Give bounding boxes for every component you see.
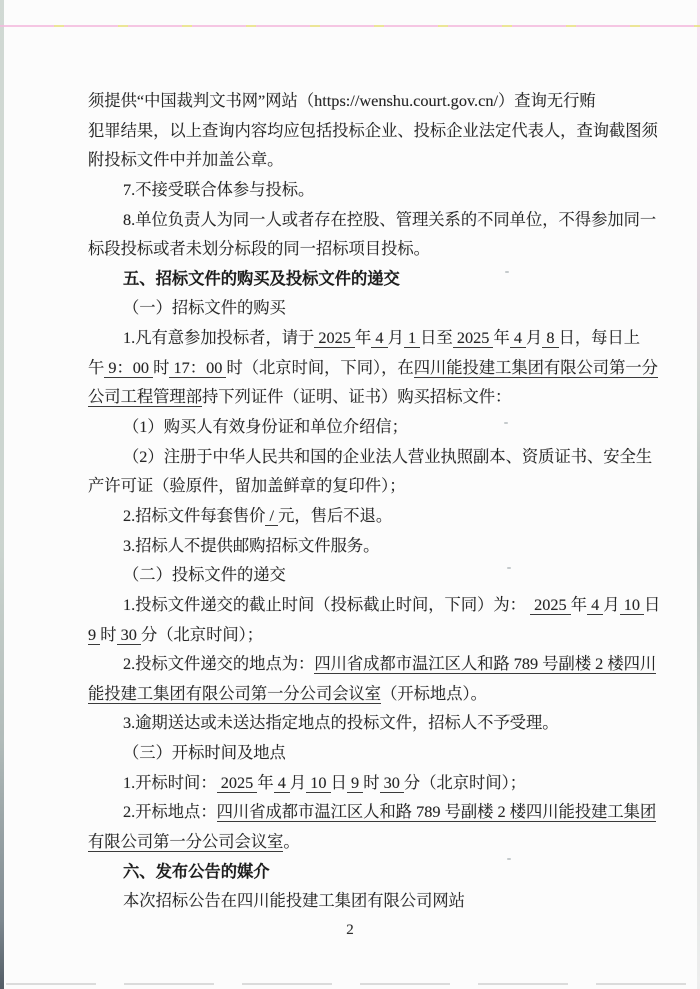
- scan-speck-artifact: [506, 714, 510, 716]
- text-segment: 分（北京时间）；: [141, 625, 263, 644]
- text-segment: 须提供“中国裁判文书网”网站（https://wenshu.court.gov.…: [88, 91, 596, 110]
- text-segment: 五、招标文件的购买及投标文件的递交: [123, 269, 400, 288]
- scan-edge-left-artifact: [0, 0, 4, 989]
- text-segment: 日至: [420, 328, 453, 347]
- text-segment: 本次招标公告在四川能投建工集团有限公司网站: [123, 891, 465, 910]
- text-line: 能投建工集团有限公司第一分公司会议室（开标地点）。: [88, 679, 648, 709]
- text-line: 1.投标文件递交的截止时间（投标截止时间，下同）为： 2025 年 4 月 10…: [88, 590, 648, 620]
- text-segment: （2）注册于中华人民共和国的企业法人营业执照副本、资质证书、安全生: [123, 447, 652, 466]
- text-line: 7.不接受联合体参与投标。: [88, 175, 648, 205]
- underlined-text-segment: /: [265, 506, 278, 526]
- text-segment: 7.不接受联合体参与投标。: [123, 180, 314, 199]
- underlined-text-segment: 9: [88, 625, 100, 645]
- text-line: 3.逾期送达或未送达指定地点的投标文件，招标人不予受理。: [88, 708, 648, 738]
- scan-speck-artifact: [505, 271, 509, 273]
- text-segment: 犯罪结果，以上查询内容均应包括投标企业、投标企业法定代表人，查询截图须: [88, 121, 658, 140]
- text-segment: 2.开标地点：: [123, 802, 217, 821]
- text-segment: 年: [257, 773, 273, 792]
- text-line: 有限公司第一分公司会议室。: [88, 827, 648, 857]
- scan-top-line-artifact: [0, 25, 700, 27]
- text-segment: 持下列证件（证明、证书）购买招标文件：: [202, 387, 511, 406]
- text-line: 1.开标时间： 2025 年 4 月 10 日 9 时 30 分（北京时间）；: [88, 768, 648, 798]
- text-segment: 2.投标文件递交的地点为：: [123, 654, 314, 673]
- text-segment: 时（北京时间，下同），在: [226, 358, 413, 377]
- text-segment: 元，售后不退。: [278, 506, 392, 525]
- text-segment: 时: [363, 773, 379, 792]
- text-segment: 2.招标文件每套售价: [123, 506, 265, 525]
- text-segment: 标段投标或者未划分标段的同一招标项目投标。: [88, 239, 430, 258]
- text-segment: 时: [100, 625, 116, 644]
- text-segment: 3.招标人不提供邮购招标文件服务。: [123, 536, 379, 555]
- page-number: 2: [0, 922, 700, 939]
- text-line: （1）购买人有效身份证和单位介绍信；: [88, 412, 648, 442]
- scan-speck-artifact: [507, 567, 511, 569]
- text-segment: 。: [283, 832, 299, 851]
- text-line: 3.招标人不提供邮购招标文件服务。: [88, 531, 648, 561]
- text-segment: 月: [603, 595, 619, 614]
- underlined-text-segment: 1: [404, 328, 420, 348]
- text-segment: 月: [526, 328, 542, 347]
- underlined-text-segment: 30: [117, 625, 141, 645]
- scanned-document-page: 须提供“中国裁判文书网”网站（https://wenshu.court.gov.…: [0, 0, 700, 989]
- text-segment: 8.单位负责人为同一人或者存在控股、管理关系的不同单位，不得参加同一: [123, 210, 656, 229]
- text-line: （2）注册于中华人民共和国的企业法人营业执照副本、资质证书、安全生: [88, 442, 648, 472]
- underlined-text-segment: 10: [620, 595, 644, 615]
- underlined-text-segment: 8: [542, 328, 558, 348]
- text-segment: 日: [644, 595, 660, 614]
- text-line: 本次招标公告在四川能投建工集团有限公司网站: [88, 886, 648, 916]
- section-heading-line: 六、发布公告的媒介: [88, 857, 648, 887]
- text-segment: 产许可证（验原件，留加盖鲜章的复印件）；: [88, 476, 405, 495]
- text-segment: 时: [153, 358, 169, 377]
- underlined-text-segment: 4: [274, 773, 290, 793]
- underlined-text-segment: 2025: [530, 595, 571, 615]
- text-line: 产许可证（验原件，留加盖鲜章的复印件）；: [88, 471, 648, 501]
- underlined-text-segment: 17：00: [169, 358, 226, 378]
- underlined-text-segment: 四川能投建工集团有限公司第一分: [414, 358, 658, 378]
- scan-speck-artifact: [504, 422, 508, 424]
- underlined-text-segment: 2025: [453, 328, 494, 348]
- text-line: 8.单位负责人为同一人或者存在控股、管理关系的不同单位，不得参加同一: [88, 205, 648, 235]
- text-line: 2.开标地点：四川省成都市温江区人和路 789 号副楼 2 楼四川能投建工集团: [88, 797, 648, 827]
- underlined-text-segment: 4: [587, 595, 603, 615]
- underlined-text-segment: 公司工程管理部: [88, 387, 202, 407]
- underlined-text-segment: 4: [510, 328, 526, 348]
- underlined-text-segment: 2025: [217, 773, 258, 793]
- text-segment: 日，每日上: [559, 328, 640, 347]
- text-segment: 1.投标文件递交的截止时间（投标截止时间，下同）为：: [123, 595, 530, 614]
- text-segment: 六、发布公告的媒介: [123, 862, 270, 881]
- text-line: （三）开标时间及地点: [88, 738, 648, 768]
- underlined-text-segment: 四川省成都市温江区人和路 789 号副楼 2 楼四川: [314, 654, 656, 674]
- text-line: 午 9：00 时 17：00 时（北京时间，下同），在四川能投建工集团有限公司第…: [88, 353, 648, 383]
- text-line: 1.凡有意参加投标者，请于 2025 年 4 月 1 日至 2025 年 4 月…: [88, 323, 648, 353]
- scan-speck-artifact: [507, 858, 511, 860]
- underlined-text-segment: 2025: [314, 328, 355, 348]
- text-segment: 年: [355, 328, 371, 347]
- text-segment: （开标地点）。: [381, 684, 487, 703]
- text-segment: 1.开标时间：: [123, 773, 217, 792]
- text-line: （一）招标文件的购买: [88, 293, 648, 323]
- text-segment: （二）投标文件的递交: [123, 565, 286, 584]
- text-segment: 年: [493, 328, 509, 347]
- section-heading-line: 五、招标文件的购买及投标文件的递交: [88, 264, 648, 294]
- underlined-text-segment: 四川省成都市温江区人和路 789 号副楼 2 楼四川能投建工集团: [217, 802, 657, 822]
- text-line: 9 时 30 分（北京时间）；: [88, 620, 648, 650]
- text-line: 附投标文件中并加盖公章。: [88, 145, 648, 175]
- text-segment: 年: [571, 595, 587, 614]
- text-segment: （一）招标文件的购买: [123, 298, 286, 317]
- underlined-text-segment: 30: [380, 773, 404, 793]
- underlined-text-segment: 4: [371, 328, 387, 348]
- text-line: （二）投标文件的递交: [88, 560, 648, 590]
- text-segment: 附投标文件中并加盖公章。: [88, 150, 283, 169]
- underlined-text-segment: 9：00: [104, 358, 153, 378]
- text-segment: 月: [290, 773, 306, 792]
- underlined-text-segment: 能投建工集团有限公司第一分公司会议室: [88, 684, 381, 704]
- text-line: 公司工程管理部持下列证件（证明、证书）购买招标文件：: [88, 382, 648, 412]
- text-line: 犯罪结果，以上查询内容均应包括投标企业、投标企业法定代表人，查询截图须: [88, 116, 648, 146]
- text-line: 2.招标文件每套售价 / 元，售后不退。: [88, 501, 648, 531]
- underlined-text-segment: 10: [306, 773, 330, 793]
- text-line: 须提供“中国裁判文书网”网站（https://wenshu.court.gov.…: [88, 86, 648, 116]
- text-segment: （三）开标时间及地点: [123, 743, 286, 762]
- document-body: 须提供“中国裁判文书网”网站（https://wenshu.court.gov.…: [88, 86, 648, 916]
- underlined-text-segment: 9: [347, 773, 363, 793]
- underlined-text-segment: 有限公司第一分公司会议室: [88, 832, 283, 852]
- text-segment: 3.逾期送达或未送达指定地点的投标文件，招标人不予受理。: [123, 713, 559, 732]
- text-segment: 日: [331, 773, 347, 792]
- text-segment: （1）购买人有效身份证和单位介绍信；: [123, 417, 408, 436]
- text-segment: 午: [88, 358, 104, 377]
- text-line: 2.投标文件递交的地点为：四川省成都市温江区人和路 789 号副楼 2 楼四川: [88, 649, 648, 679]
- scan-bottom-line-artifact: [6, 983, 694, 985]
- text-line: 标段投标或者未划分标段的同一招标项目投标。: [88, 234, 648, 264]
- text-segment: 月: [388, 328, 404, 347]
- text-segment: 分（北京时间）；: [404, 773, 526, 792]
- text-segment: 1.凡有意参加投标者，请于: [123, 328, 314, 347]
